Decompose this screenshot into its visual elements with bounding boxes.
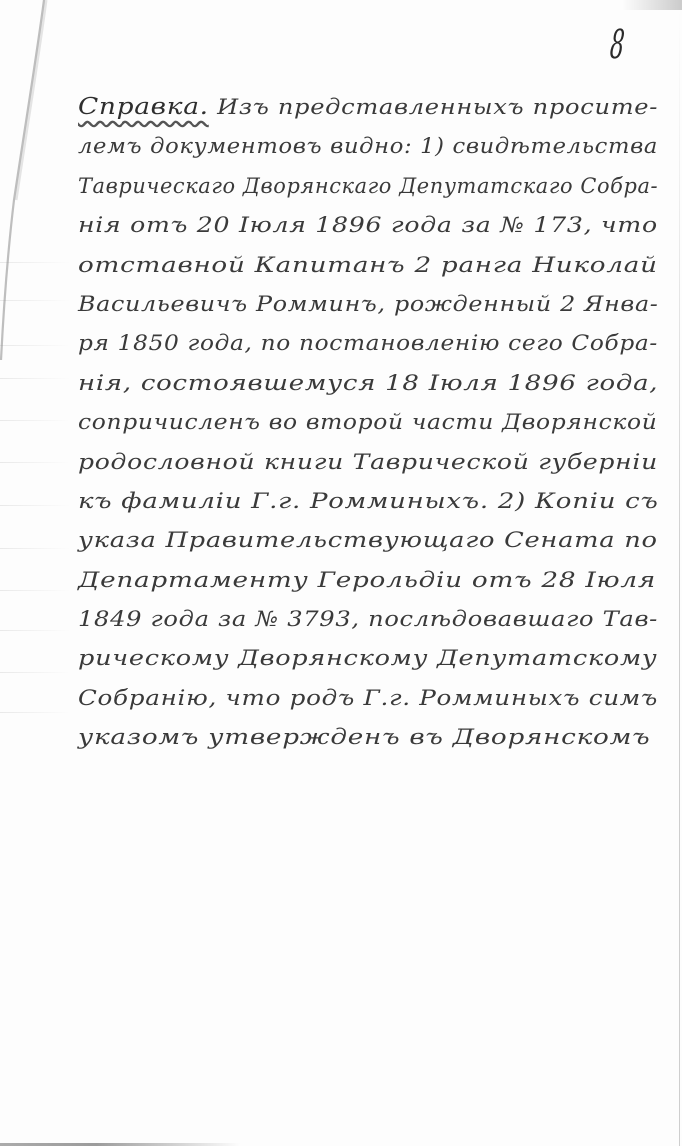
page-number: 8 [608, 22, 626, 68]
bleed-through-mark [0, 630, 70, 631]
text-line: Департаменту Герольдіи отъ 28 Іюля [78, 561, 682, 600]
bleed-through-mark [0, 262, 70, 263]
handwritten-text-block: Справка. Изъ представленныхъ просите- ле… [78, 88, 678, 758]
bleed-through-mark [0, 345, 70, 346]
bleed-through-mark [0, 590, 70, 591]
text-line: Таврическаго Дворянскаго Депутатскаго Со… [78, 167, 675, 206]
bleed-through-mark [0, 505, 70, 506]
bleed-through-mark [0, 672, 70, 673]
text-line: Васильевичъ Ромминъ, рожденный 2 Янва- [78, 285, 682, 324]
document-heading: Справка. [78, 94, 209, 120]
bleed-through-mark [0, 420, 70, 421]
text-line: къ фамиліи Г.г. Ромминыхъ. 2) Копіи съ [78, 482, 682, 521]
fold-shadow-line [0, 0, 60, 360]
text-line: Изъ представленныхъ просите- [217, 95, 658, 119]
text-line: указомъ утвержденъ въ Дворянскомъ [78, 718, 682, 757]
bleed-through-mark [0, 548, 70, 549]
text-line: лемъ документовъ видно: 1) свидѣтельства [78, 127, 682, 166]
bleed-through-mark [0, 378, 70, 379]
text-line: нія, состоявшемуся 18 Іюля 1896 года, [78, 364, 682, 403]
text-line: 1849 года за № 3793, послѣдовавшаго Тав- [78, 600, 682, 639]
text-line: нія отъ 20 Іюля 1896 года за № 173, что [78, 206, 682, 245]
text-line: Собранію, что родъ Г.г. Ромминыхъ симъ [78, 679, 682, 718]
text-line: сопричисленъ во второй части Дворянской [78, 403, 682, 442]
bleed-through-mark [0, 712, 70, 713]
text-line: отставной Капитанъ 2 ранга Николай [78, 246, 682, 285]
document-page: 8 Справка. Изъ представленныхъ просите- … [0, 0, 682, 1146]
text-line: рическому Дворянскому Депутатскому [78, 639, 682, 678]
scan-smudge [622, 0, 682, 10]
text-line: указа Правительствующаго Сената по [78, 521, 682, 560]
text-line: родословной книги Таврической губерніи [78, 443, 682, 482]
text-line: ря 1850 года, по постановленію сего Собр… [78, 324, 682, 363]
text-line-1: Справка. Изъ представленныхъ просите- [78, 88, 682, 127]
bleed-through-mark [0, 300, 70, 301]
bleed-through-mark [0, 462, 70, 463]
